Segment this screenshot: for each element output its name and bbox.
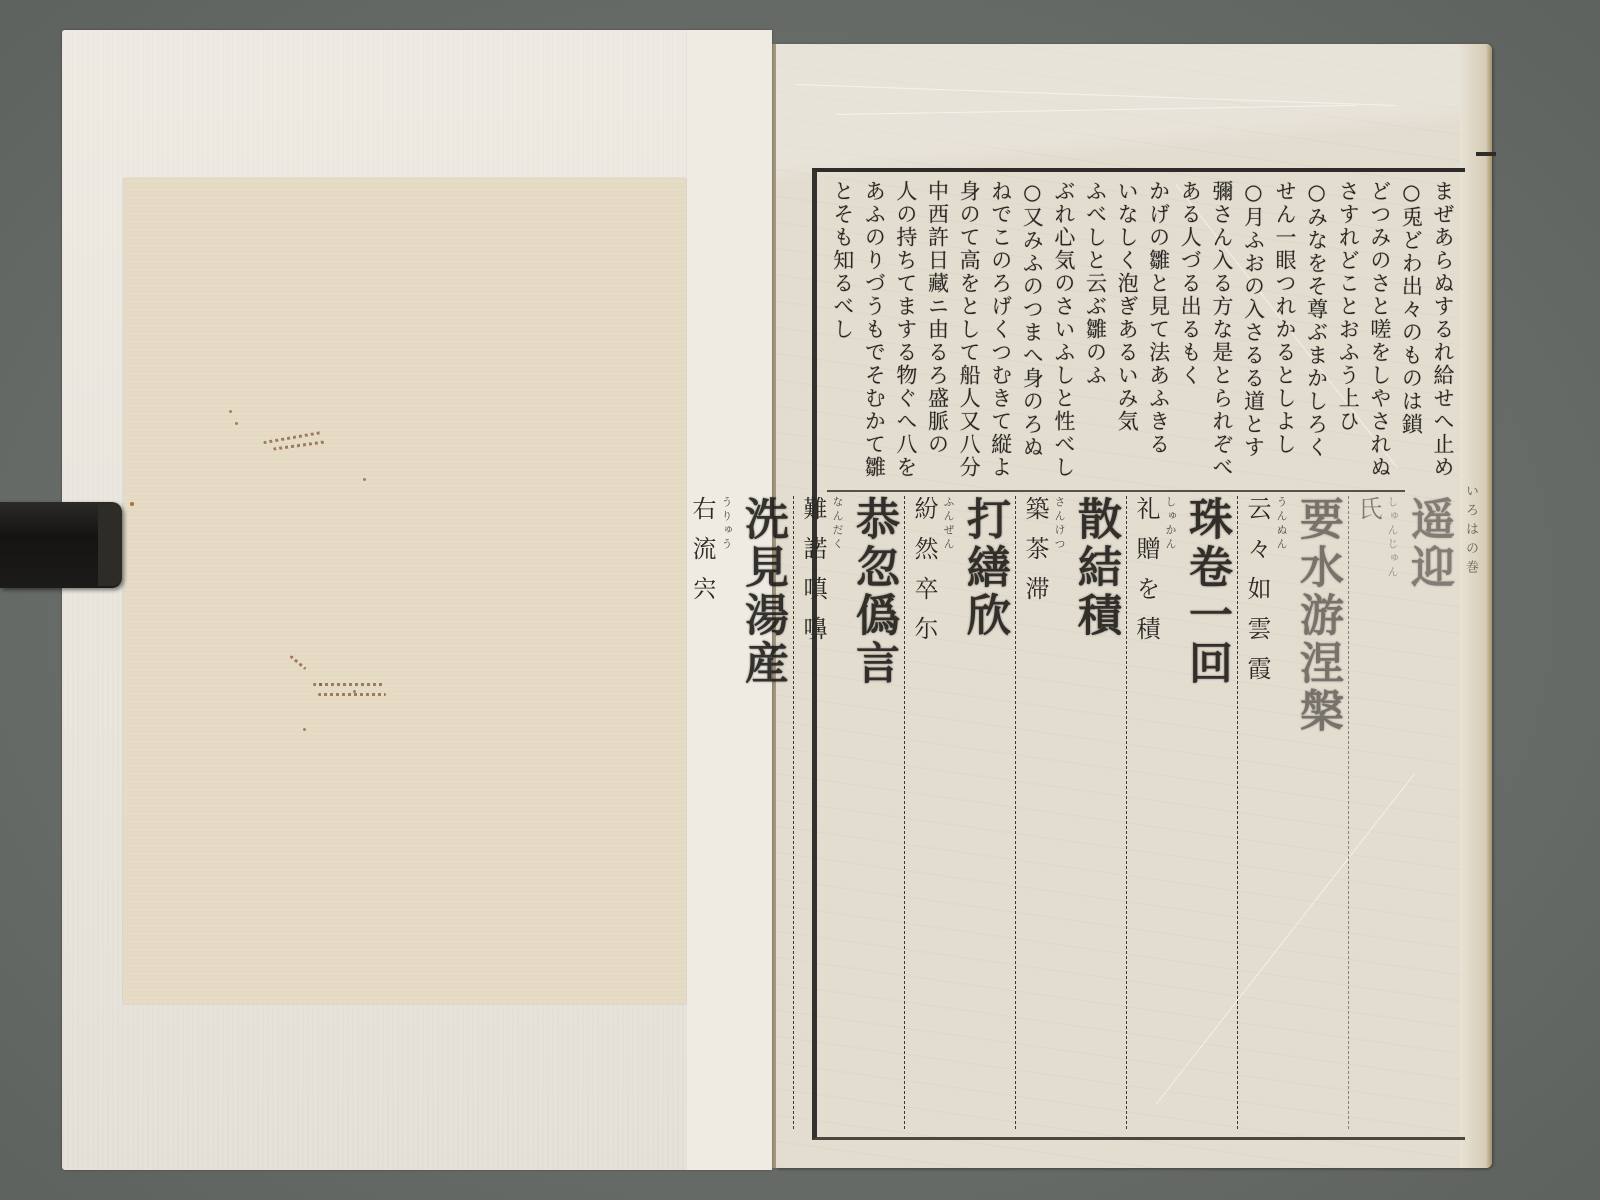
entry-column: 紛然卒尓 (907, 496, 941, 1129)
vocab-section: 洗見湯産 うりゅう 右流宍 (683, 496, 793, 1129)
stain-speck (229, 410, 232, 413)
text-column: ぶれ心気のさいふしと性べし (1048, 180, 1080, 480)
text-column: ある人づる出るもく (1175, 180, 1207, 480)
brown-stain (273, 440, 325, 450)
furigana-gloss: ふんぜん (941, 496, 955, 1129)
vocab-section: 恭忽僞言 なんだく 難諾嗔嚊 (793, 496, 904, 1129)
vocab-section: 要水游涅槃 うんぬん 云々如雲霞 (1237, 496, 1348, 1129)
text-column: さすれどことおふう上ひ (1333, 180, 1365, 480)
lower-vocabulary-table: 遥迎 しゅんじゅん 氏 要水游涅槃 うんぬん 云々如雲霞 珠卷一回 しゅかん 礼… (827, 496, 1459, 1129)
brown-stain (318, 693, 386, 696)
section-divider-rule (827, 490, 1405, 492)
entry-column: 築茶滞 (1018, 496, 1052, 1129)
brown-stain (289, 655, 306, 670)
right-page-printed: いろはの巻 まぜあらぬするれ給せへ止めて ○兎どわ出々のものは鎖 どつみのさと嗟… (776, 44, 1492, 1168)
vocab-section: 散結積 さんけつ 築茶滞 (1015, 496, 1126, 1129)
stain-speck (235, 422, 238, 425)
text-column: ○みなをそ尊ぶまかしろく (1301, 180, 1333, 480)
headword-column: 要水游涅槃 (1288, 496, 1346, 1129)
text-column: 人の持ちてまする物ぐへ八を (890, 180, 922, 480)
entry-column: 云々如雲霞 (1240, 496, 1274, 1129)
entry-column: 難諾嗔嚊 (796, 496, 830, 1129)
brown-stain (313, 683, 383, 686)
vocab-section: 打繕欣 ふんぜん 紛然卒尓 (904, 496, 1015, 1129)
text-column: ふべしと云ぶ雛のふ (1080, 180, 1112, 480)
furigana-gloss: なんだく (830, 496, 844, 1129)
furigana-gloss: さんけつ (1052, 496, 1066, 1129)
text-column: あふのりづうもでそむかて雛あ (859, 180, 891, 480)
text-column: とそも知るべし (827, 180, 859, 480)
text-column: せん一眼つれかるとしよし (1269, 180, 1301, 480)
headword-column: 珠卷一回 (1177, 496, 1235, 1129)
headword-column: 恭忽僞言 (844, 496, 902, 1129)
paper-crease (836, 105, 1356, 115)
vocab-section: 珠卷一回 しゅかん 礼贈を積 (1126, 496, 1237, 1129)
headword-column: 遥迎 (1399, 496, 1457, 1129)
text-column: いなしく泡ぎあるいみ気 (1111, 180, 1143, 480)
printed-text-block: まぜあらぬするれ給せへ止めて ○兎どわ出々のものは鎖 どつみのさと嗟をしやされぬ… (812, 168, 1465, 1140)
text-column: 彌さん入る方な是とられぞべる (1206, 180, 1238, 480)
rust-spot (130, 502, 134, 506)
paper-crease (796, 84, 1396, 106)
text-column: ○兎どわ出々のものは鎖 (1396, 180, 1428, 480)
pasted-tan-sheet (123, 178, 686, 1004)
print-frame-corner (1476, 152, 1496, 156)
upper-kana-text: まぜあらぬするれ給せへ止めて ○兎どわ出々のものは鎖 どつみのさと嗟をしやされぬ… (827, 180, 1459, 480)
headword-column: 打繕欣 (955, 496, 1013, 1129)
text-column: かげの雛と見て法あふきる (1143, 180, 1175, 480)
furigana-gloss: しゅんじゅん (1385, 496, 1399, 1129)
text-column: まぜあらぬするれ給せへ止めて (1427, 180, 1459, 480)
entry-column: 右流宍 (685, 496, 719, 1129)
vocab-section: 遥迎 しゅんじゅん 氏 (1348, 496, 1459, 1129)
text-column: ○又みふのつまへ身のろぬきく (1017, 180, 1049, 480)
black-binding-clip (0, 502, 122, 588)
text-column: どつみのさと嗟をしやされぬを (1364, 180, 1396, 480)
entry-column: 氏 (1351, 496, 1385, 1129)
furigana-gloss: うんぬん (1274, 496, 1288, 1129)
text-column: ○月ふおの入さるる道とす (1238, 180, 1270, 480)
text-column: ねでこのろげくつむきて縦よう (985, 180, 1017, 480)
headword-column: 洗見湯産 (733, 496, 791, 1129)
text-column: 中西許日藏ニ由るろ盛脈の (922, 180, 954, 480)
stain-speck (363, 478, 366, 481)
furigana-gloss: しゅかん (1163, 496, 1177, 1129)
headword-column: 散結積 (1066, 496, 1124, 1129)
text-column: 身のて高をとして船人又八分会の (954, 180, 986, 480)
left-page-endpaper (62, 30, 772, 1170)
stain-speck (303, 728, 306, 731)
entry-column: 礼贈を積 (1129, 496, 1163, 1129)
furigana-gloss: うりゅう (719, 496, 733, 1129)
